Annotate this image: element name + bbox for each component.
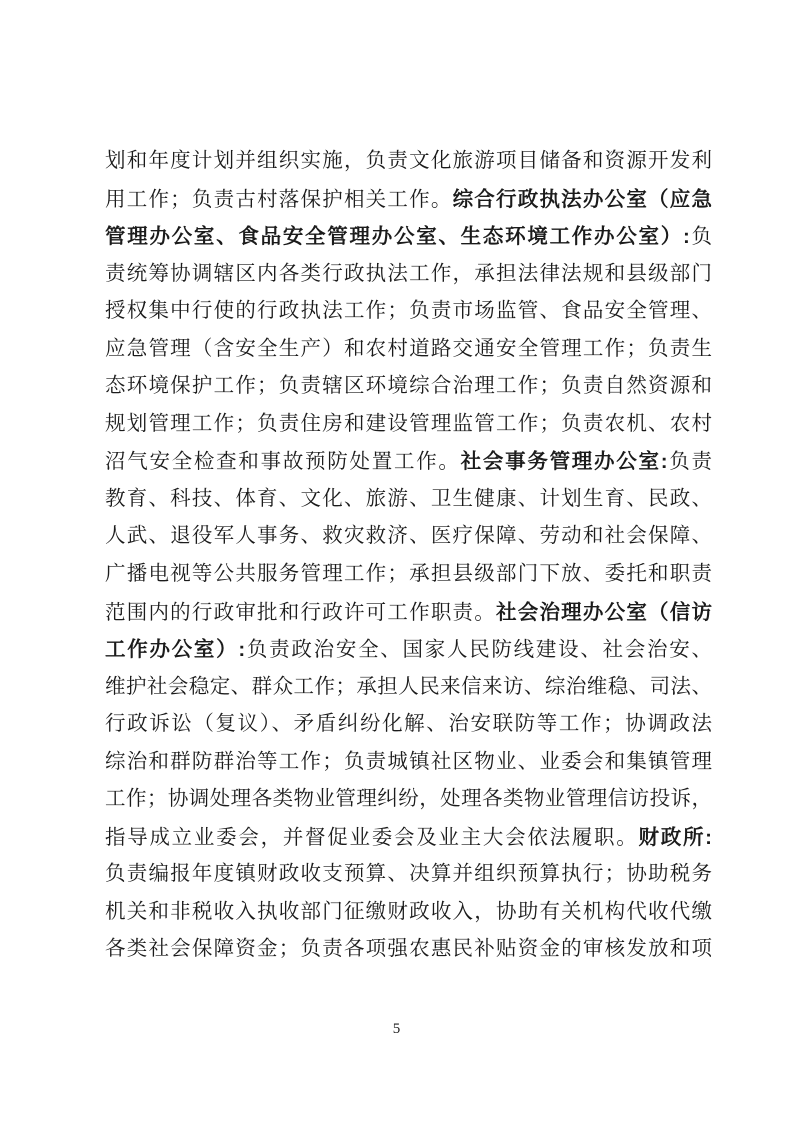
text-segment: 指导成立业委会，并督促业委会及业主大会依法履职。 (105, 827, 638, 849)
text-segment: 人武、退役军人事务、救灾救济、医疗保障、劳动和社会保障、 (105, 525, 712, 547)
text-line: 管理办公室、食品安全管理办公室、生态环境工作办公室）:负 (105, 218, 712, 256)
text-segment: 负责编报年度镇财政收支预算、决算并组织预算执行；协助税务 (105, 863, 712, 885)
section-heading: 社会事务管理办公室: (461, 450, 668, 473)
text-segment: 负责政治安全、国家人民防线建设、社会治安、 (245, 639, 712, 661)
text-segment: 授权集中行使的行政执法工作；负责市场监管、食品安全管理、 (105, 300, 712, 322)
text-segment: 广播电视等公共服务管理工作；承担县级部门下放、委托和职责 (105, 563, 712, 585)
text-segment: 教育、科技、体育、文化、旅游、卫生健康、计划生育、民政、 (105, 488, 712, 510)
text-segment: 应急管理（含安全生产）和农村道路交通安全管理工作；负责生 (105, 338, 712, 360)
text-segment: 各类社会保障资金；负责各项强农惠民补贴资金的审核发放和项 (105, 938, 712, 960)
text-segment: 负责 (668, 451, 712, 473)
text-segment: 用工作；负责古村落保护相关工作。 (105, 189, 453, 211)
text-line: 责统筹协调辖区内各类行政执法工作，承担法律法规和县级部门 (105, 256, 712, 294)
text-segment: 划和年度计划并组织实施，负责文化旅游项目储备和资源开发利 (105, 150, 712, 172)
text-segment: 范围内的行政审批和行政许可工作职责。 (105, 602, 496, 624)
text-line: 规划管理工作；负责住房和建设管理监管工作；负责农机、农村 (105, 406, 712, 444)
text-segment: 沼气安全检查和事故预防处置工作。 (105, 451, 461, 473)
text-segment: 负 (690, 226, 712, 248)
text-line: 授权集中行使的行政执法工作；负责市场监管、食品安全管理、 (105, 293, 712, 331)
text-segment: 责统筹协调辖区内各类行政执法工作，承担法律法规和县级部门 (105, 263, 712, 285)
text-line: 机关和非税收入执收部门征缴财政收入，协助有关机构代收代缴 (105, 894, 712, 932)
section-heading: 管理办公室、食品安全管理办公室、生态环境工作办公室）: (105, 225, 690, 248)
text-line: 负责编报年度镇财政收支预算、决算并组织预算执行；协助税务 (105, 856, 712, 894)
text-segment: 工作；协调处理各类物业管理纠纷，处理各类物业管理信访投诉， (105, 788, 712, 810)
text-line: 态环境保护工作；负责辖区环境综合治理工作；负责自然资源和 (105, 368, 712, 406)
text-line: 沼气安全检查和事故预防处置工作。社会事务管理办公室:负责 (105, 443, 712, 481)
text-line: 各类社会保障资金；负责各项强农惠民补贴资金的审核发放和项 (105, 931, 712, 969)
text-line: 行政诉讼（复议）、矛盾纠纷化解、治安联防等工作；协调政法 (105, 706, 712, 744)
text-line: 综治和群防群治等工作；负责城镇社区物业、业委会和集镇管理 (105, 744, 712, 782)
text-line: 工作；协调处理各类物业管理纠纷，处理各类物业管理信访投诉， (105, 781, 712, 819)
text-line: 应急管理（含安全生产）和农村道路交通安全管理工作；负责生 (105, 331, 712, 369)
text-line: 用工作；负责古村落保护相关工作。综合行政执法办公室（应急 (105, 181, 712, 219)
text-segment: 规划管理工作；负责住房和建设管理监管工作；负责农机、农村 (105, 413, 712, 435)
section-heading: 工作办公室）: (105, 638, 245, 661)
section-heading: 财政所: (638, 826, 712, 849)
text-line: 维护社会稳定、群众工作；承担人民来信来访、综治维稳、司法、 (105, 669, 712, 707)
page-number: 5 (0, 1021, 793, 1038)
text-segment: 态环境保护工作；负责辖区环境综合治理工作；负责自然资源和 (105, 375, 712, 397)
text-segment: 综治和群防群治等工作；负责城镇社区物业、业委会和集镇管理 (105, 751, 712, 773)
text-segment: 行政诉讼（复议）、矛盾纠纷化解、治安联防等工作；协调政法 (105, 713, 712, 735)
text-line: 教育、科技、体育、文化、旅游、卫生健康、计划生育、民政、 (105, 481, 712, 519)
section-heading: 社会治理办公室（信访 (496, 601, 712, 624)
text-segment: 维护社会稳定、群众工作；承担人民来信来访、综治维稳、司法、 (105, 676, 712, 698)
text-line: 划和年度计划并组织实施，负责文化旅游项目储备和资源开发利 (105, 143, 712, 181)
document-text-block: 划和年度计划并组织实施，负责文化旅游项目储备和资源开发利用工作；负责古村落保护相… (105, 143, 712, 969)
section-heading: 综合行政执法办公室（应急 (453, 188, 712, 211)
document-page: 划和年度计划并组织实施，负责文化旅游项目储备和资源开发利用工作；负责古村落保护相… (0, 0, 793, 1122)
text-segment: 机关和非税收入执收部门征缴财政收入，协助有关机构代收代缴 (105, 901, 712, 923)
text-line: 范围内的行政审批和行政许可工作职责。社会治理办公室（信访 (105, 594, 712, 632)
text-line: 人武、退役军人事务、救灾救济、医疗保障、劳动和社会保障、 (105, 518, 712, 556)
text-line: 指导成立业委会，并督促业委会及业主大会依法履职。财政所: (105, 819, 712, 857)
text-line: 广播电视等公共服务管理工作；承担县级部门下放、委托和职责 (105, 556, 712, 594)
text-line: 工作办公室）:负责政治安全、国家人民防线建设、社会治安、 (105, 631, 712, 669)
